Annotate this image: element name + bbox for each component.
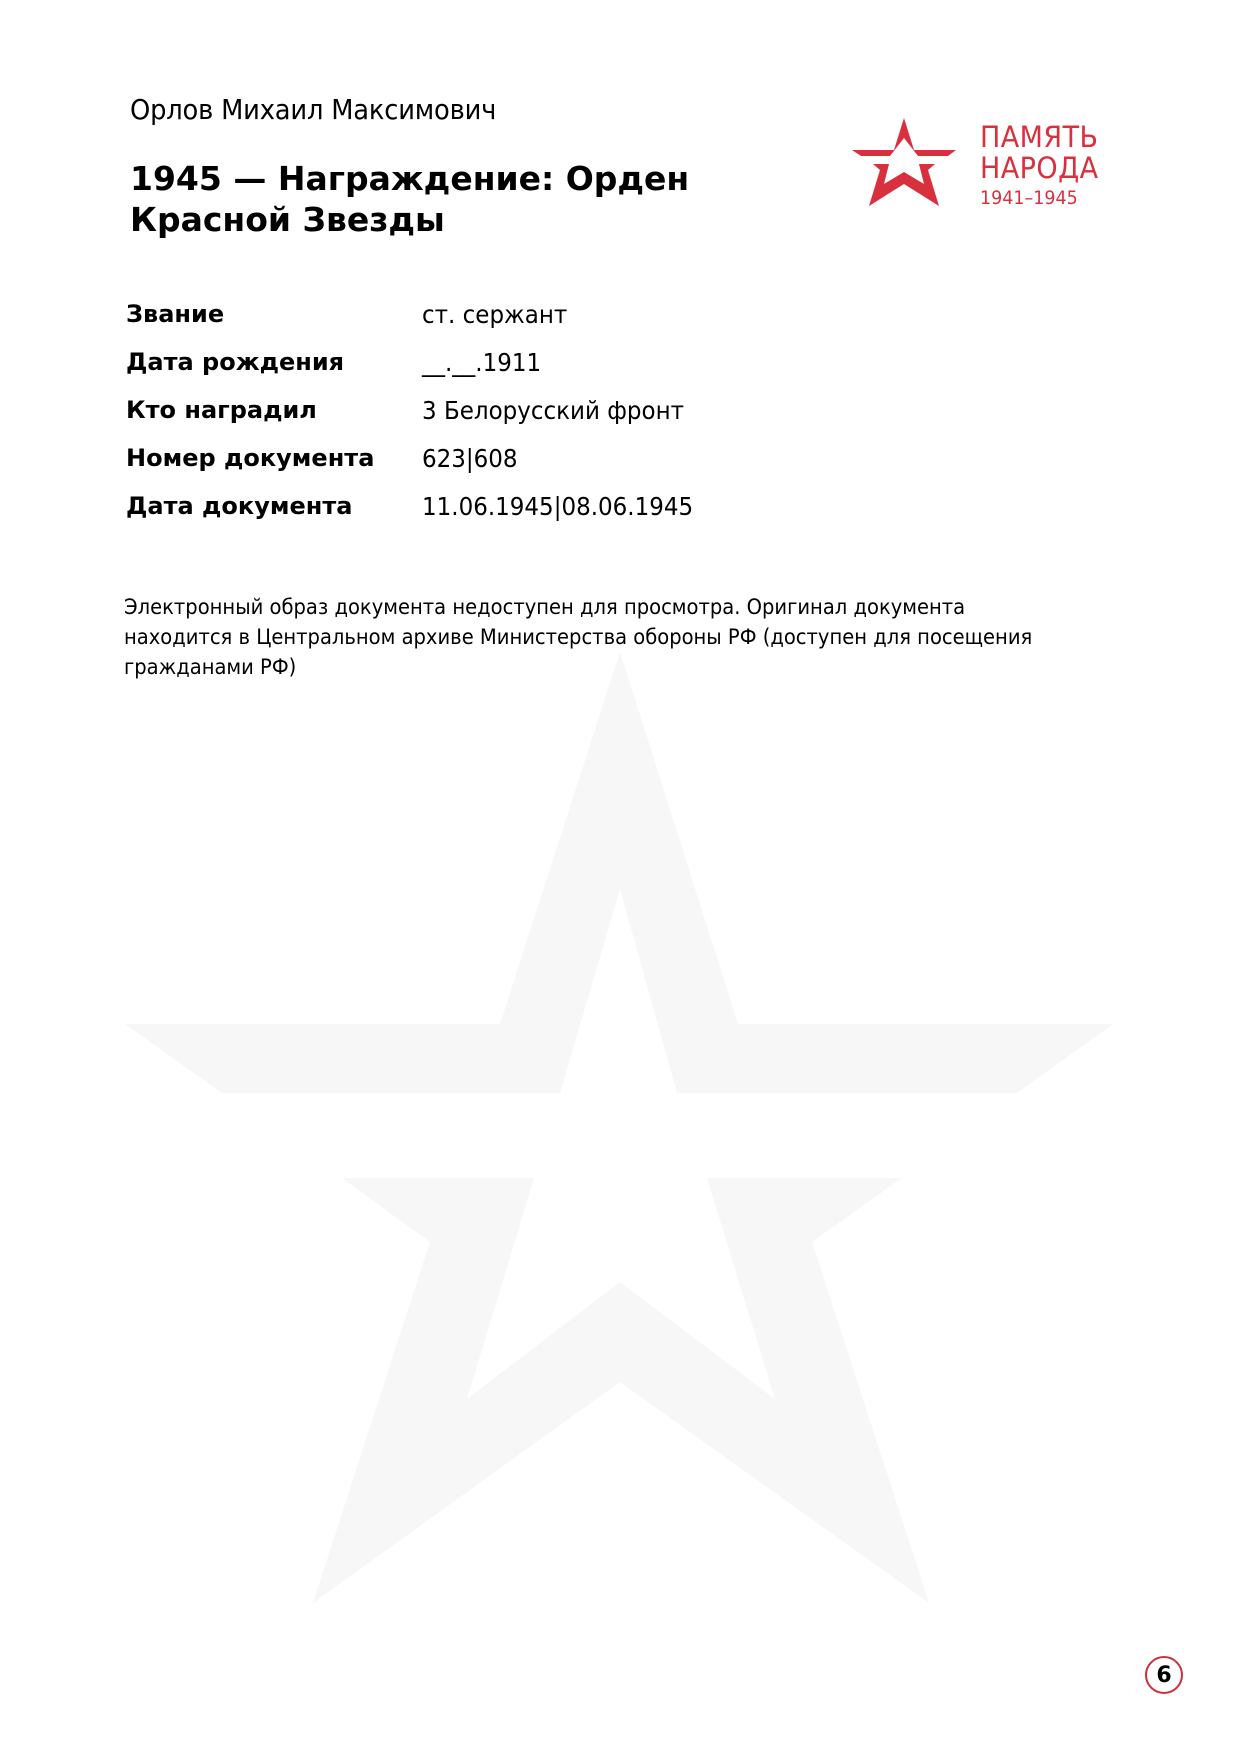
logo-line-2: НАРОДА [980,153,1099,184]
detail-label: Звание [126,300,224,328]
detail-value: 11.06.1945|08.06.1945 [422,492,693,521]
detail-row-document-date: Дата документа 11.06.1945|08.06.1945 [126,492,826,540]
star-watermark-icon [0,0,1241,1754]
detail-value: 623|608 [422,444,518,473]
detail-label: Номер документа [126,444,374,472]
detail-label: Дата документа [126,492,352,520]
detail-row-awarded-by: Кто наградил 3 Белорусский фронт [126,396,826,444]
detail-label: Кто наградил [126,396,317,424]
logo-text: ПАМЯТЬ НАРОДА 1941–1945 [980,122,1107,210]
logo-line-1: ПАМЯТЬ [980,122,1099,153]
archive-notice: Электронный образ документа недоступен д… [124,592,1063,682]
detail-row-birth-date: Дата рождения __.__.1911 [126,348,826,396]
page-number-badge: 6 [1145,1656,1183,1694]
red-star-icon [852,118,956,218]
detail-value: ст. сержант [422,300,567,329]
watermark-star-upper [125,652,1113,1093]
pamyat-naroda-logo: ПАМЯТЬ НАРОДА 1941–1945 [852,118,1122,218]
page-title: 1945 — Награждение: Орден Красной Звезды [130,158,750,240]
detail-label: Дата рождения [126,348,344,376]
logo-years: 1941–1945 [980,186,1097,210]
person-name: Орлов Михаил Максимович [130,93,496,126]
detail-value: 3 Белорусский фронт [422,396,684,425]
award-details: Звание ст. сержант Дата рождения __.__.1… [126,300,826,540]
watermark-star-lower [313,1178,929,1603]
detail-row-rank: Звание ст. сержант [126,300,826,348]
detail-row-document-number: Номер документа 623|608 [126,444,826,492]
detail-value: __.__.1911 [422,348,541,377]
